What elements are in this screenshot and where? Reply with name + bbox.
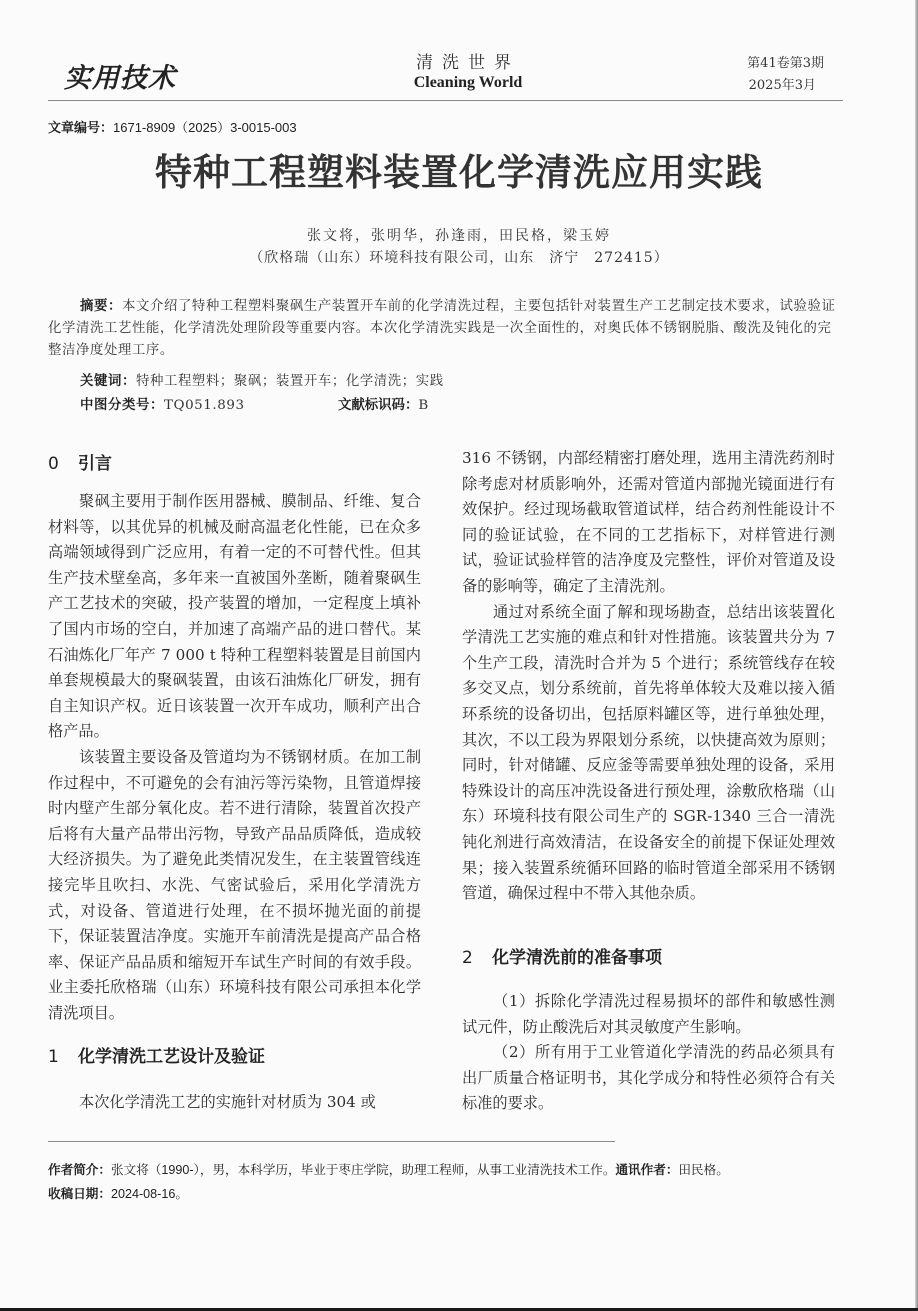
received-date-footnote: 收稿日期：2024-08-16。	[48, 1183, 188, 1202]
article-title: 特种工程塑料装置化学清洗应用实践	[0, 142, 918, 196]
section-title: 化学清洗前的准备事项	[492, 948, 662, 968]
paragraph: （1）拆除化学清洗过程易损坏的部件和敏感性测试元件，防止酸洗后对其灵敏度产生影响…	[462, 989, 835, 1040]
affiliation: （欣格瑞（山东）环境科技有限公司，山东 济宁 272415）	[0, 247, 918, 267]
classification-label: 中图分类号：	[80, 398, 164, 413]
abstract-text: 本文介绍了特种工程塑料聚砜生产装置开车前的化学清洗过程，主要包括针对装置生产工艺…	[48, 299, 836, 358]
body-column-right-1: 316 不锈钢，内部经精密打磨处理，选用主清洗药剂时除考虑对材质影响外，还需对管…	[462, 446, 835, 907]
classification-number: 中图分类号：TQ051.893	[80, 394, 245, 413]
received-label: 收稿日期：	[48, 1186, 111, 1201]
paragraph: 本次化学清洗工艺的实施针对材质为 304 或	[48, 1090, 421, 1116]
footnote-divider	[48, 1141, 615, 1142]
corresponding-label: 通讯作者：	[615, 1162, 678, 1177]
journal-name-en: Cleaning World	[368, 74, 568, 92]
body-column-right-2: （1）拆除化学清洗过程易损坏的部件和敏感性测试元件，防止酸洗后对其灵敏度产生影响…	[462, 989, 835, 1117]
author-list: 张文将，张明华，孙逢雨，田民格，梁玉婷	[0, 225, 918, 245]
section-title: 引言	[78, 454, 112, 474]
article-id: 文章编号：1671-8909（2025）3-0015-003	[48, 117, 297, 136]
paragraph: 该装置主要设备及管道均为不锈钢材质。在加工制作过程中，不可避免的会有油污等污染物…	[48, 745, 421, 1027]
doc-code-label: 文献标识码：	[338, 398, 418, 413]
article-id-label: 文章编号：	[48, 120, 113, 135]
document-code: 文献标识码：B	[338, 394, 428, 413]
issue-date: 2025年3月	[749, 74, 816, 93]
abstract: 摘要：本文介绍了特种工程塑料聚砜生产装置开车前的化学清洗过程，主要包括针对装置生…	[48, 296, 843, 362]
doc-code-value: B	[418, 398, 428, 413]
section-number: 0	[48, 454, 78, 474]
body-column-left-2: 本次化学清洗工艺的实施针对材质为 304 或	[48, 1090, 421, 1116]
paragraph: 通过对系统全面了解和现场勘查，总结出该装置化学清洗工艺实施的难点和针对性措施。该…	[462, 600, 835, 907]
keywords-text: 特种工程塑料；聚砜；装置开车；化学清洗；实践	[136, 374, 444, 389]
abstract-label: 摘要：	[80, 299, 122, 314]
keywords-label: 关键词：	[80, 374, 136, 389]
paragraph: （2）所有用于工业管道化学清洗的药品必须具有出厂质量合格证明书，其化学成分和特性…	[462, 1040, 835, 1117]
corresponding-author: 田民格。	[678, 1163, 728, 1177]
received-date: 2024-08-16。	[111, 1187, 188, 1201]
section-badge: 实用技术	[64, 56, 176, 95]
author-bio-footnote: 作者简介：张文将（1990-），男，本科学历，毕业于枣庄学院，助理工程师，从事工…	[48, 1159, 729, 1178]
keywords: 关键词：特种工程塑料；聚砜；装置开车；化学清洗；实践	[80, 370, 444, 389]
volume-issue: 第41卷第3期	[747, 52, 824, 71]
body-column-left-1: 聚砜主要用于制作医用器械、膜制品、纤维、复合材料等，以其优异的机械及耐高温老化性…	[48, 489, 421, 1026]
section-number: 2	[462, 948, 492, 968]
paragraph: 316 不锈钢，内部经精密打磨处理，选用主清洗药剂时除考虑对材质影响外，还需对管…	[462, 446, 835, 600]
article-id-value: 1671-8909（2025）3-0015-003	[113, 120, 297, 135]
bio-label: 作者简介：	[48, 1162, 111, 1177]
journal-name-cn: 清洗世界	[388, 48, 548, 73]
header-divider	[48, 100, 843, 101]
bio-text: 张文将（1990-），男，本科学历，毕业于枣庄学院，助理工程师，从事工业清洗技术…	[111, 1163, 615, 1177]
section-number: 1	[48, 1047, 78, 1067]
running-header: 实用技术 清洗世界 Cleaning World 第41卷第3期 2025年3月	[48, 44, 842, 100]
paragraph: 聚砜主要用于制作医用器械、膜制品、纤维、复合材料等，以其优异的机械及耐高温老化性…	[48, 489, 421, 745]
section-title: 化学清洗工艺设计及验证	[78, 1047, 265, 1067]
classification-value: TQ051.893	[164, 398, 245, 413]
section-heading-1: 1化学清洗工艺设计及验证	[48, 1042, 265, 1067]
section-heading-0: 0引言	[48, 449, 112, 474]
section-heading-2: 2化学清洗前的准备事项	[462, 943, 662, 968]
